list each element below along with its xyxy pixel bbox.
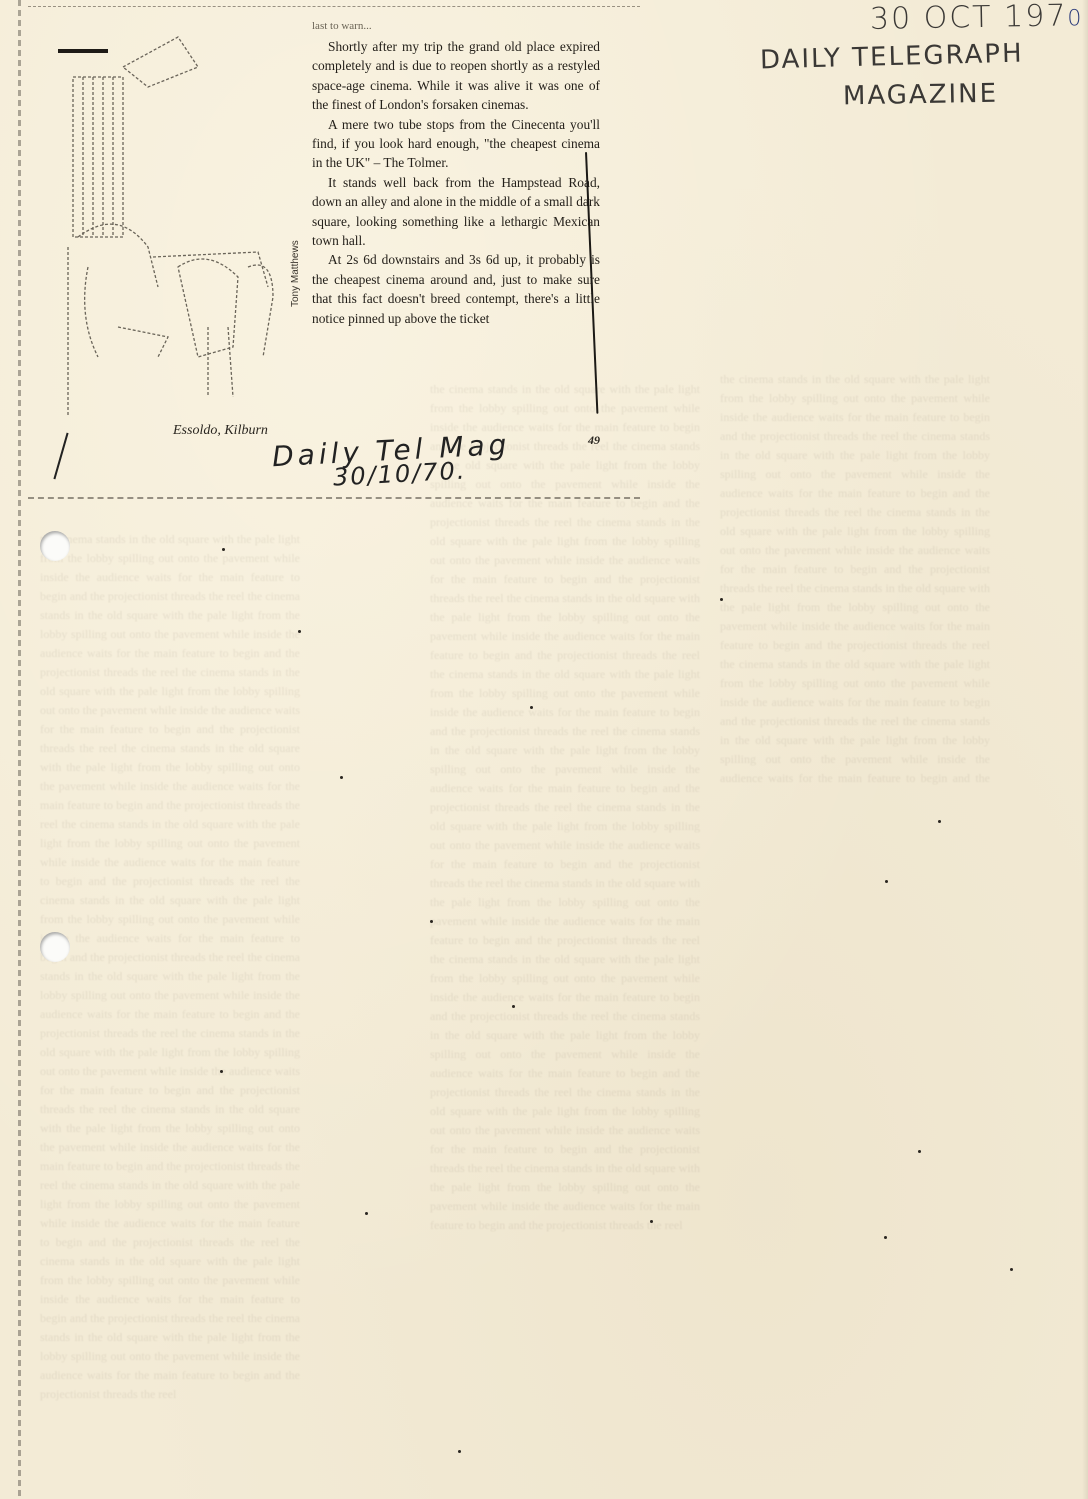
cinema-illustration <box>58 27 298 417</box>
scan-right-edge <box>1082 0 1088 1499</box>
cut-off-line: last to warn... <box>312 19 600 33</box>
scan-speck <box>938 820 941 823</box>
handwritten-date: 30 OCT 1970 <box>870 0 1084 37</box>
scan-speck <box>458 1450 461 1453</box>
scan-speck <box>650 1220 653 1223</box>
scan-speck <box>365 1212 368 1215</box>
scan-left-edge <box>18 0 21 1499</box>
date-final-digit: 0 <box>1067 6 1083 31</box>
scan-speck <box>1010 1268 1013 1271</box>
scan-speck <box>220 1070 223 1073</box>
article-column: last to warn... Shortly after my trip th… <box>312 19 600 328</box>
page-number: 49 <box>588 433 600 448</box>
scan-speck <box>885 880 888 883</box>
bleed-through-text-middle: the cinema stands in the old square with… <box>430 380 700 1480</box>
scan-speck <box>530 706 533 709</box>
illustration-credit: Tony Matthews <box>290 240 301 307</box>
scan-speck <box>340 776 343 779</box>
scan-speck <box>720 598 723 601</box>
punch-hole-bottom <box>40 932 70 962</box>
scan-speck <box>222 548 225 551</box>
scan-speck <box>918 1150 921 1153</box>
newspaper-clipping: Tony Matthews Essoldo, Kilburn last to w… <box>28 6 640 499</box>
article-paragraph: It stands well back from the Hampstead R… <box>312 173 600 251</box>
punch-hole-top <box>40 531 70 561</box>
article-paragraph: Shortly after my trip the grand old plac… <box>312 37 600 115</box>
handwritten-section: MAGAZINE <box>843 79 999 112</box>
article-paragraph: A mere two tube stops from the Cinecenta… <box>312 115 600 173</box>
bleed-through-text-right: the cinema stands in the old square with… <box>720 370 990 790</box>
scan-speck <box>430 920 433 923</box>
scan-speck <box>512 1005 515 1008</box>
illustration-caption: Essoldo, Kilburn <box>173 423 268 439</box>
scan-speck <box>884 1236 887 1239</box>
article-paragraph: At 2s 6d downstairs and 3s 6d up, it pro… <box>312 250 600 328</box>
scan-speck <box>298 630 301 633</box>
bleed-through-text-left: the cinema stands in the old square with… <box>40 530 300 1480</box>
handwritten-publication: DAILY TELEGRAPH <box>760 39 1024 76</box>
